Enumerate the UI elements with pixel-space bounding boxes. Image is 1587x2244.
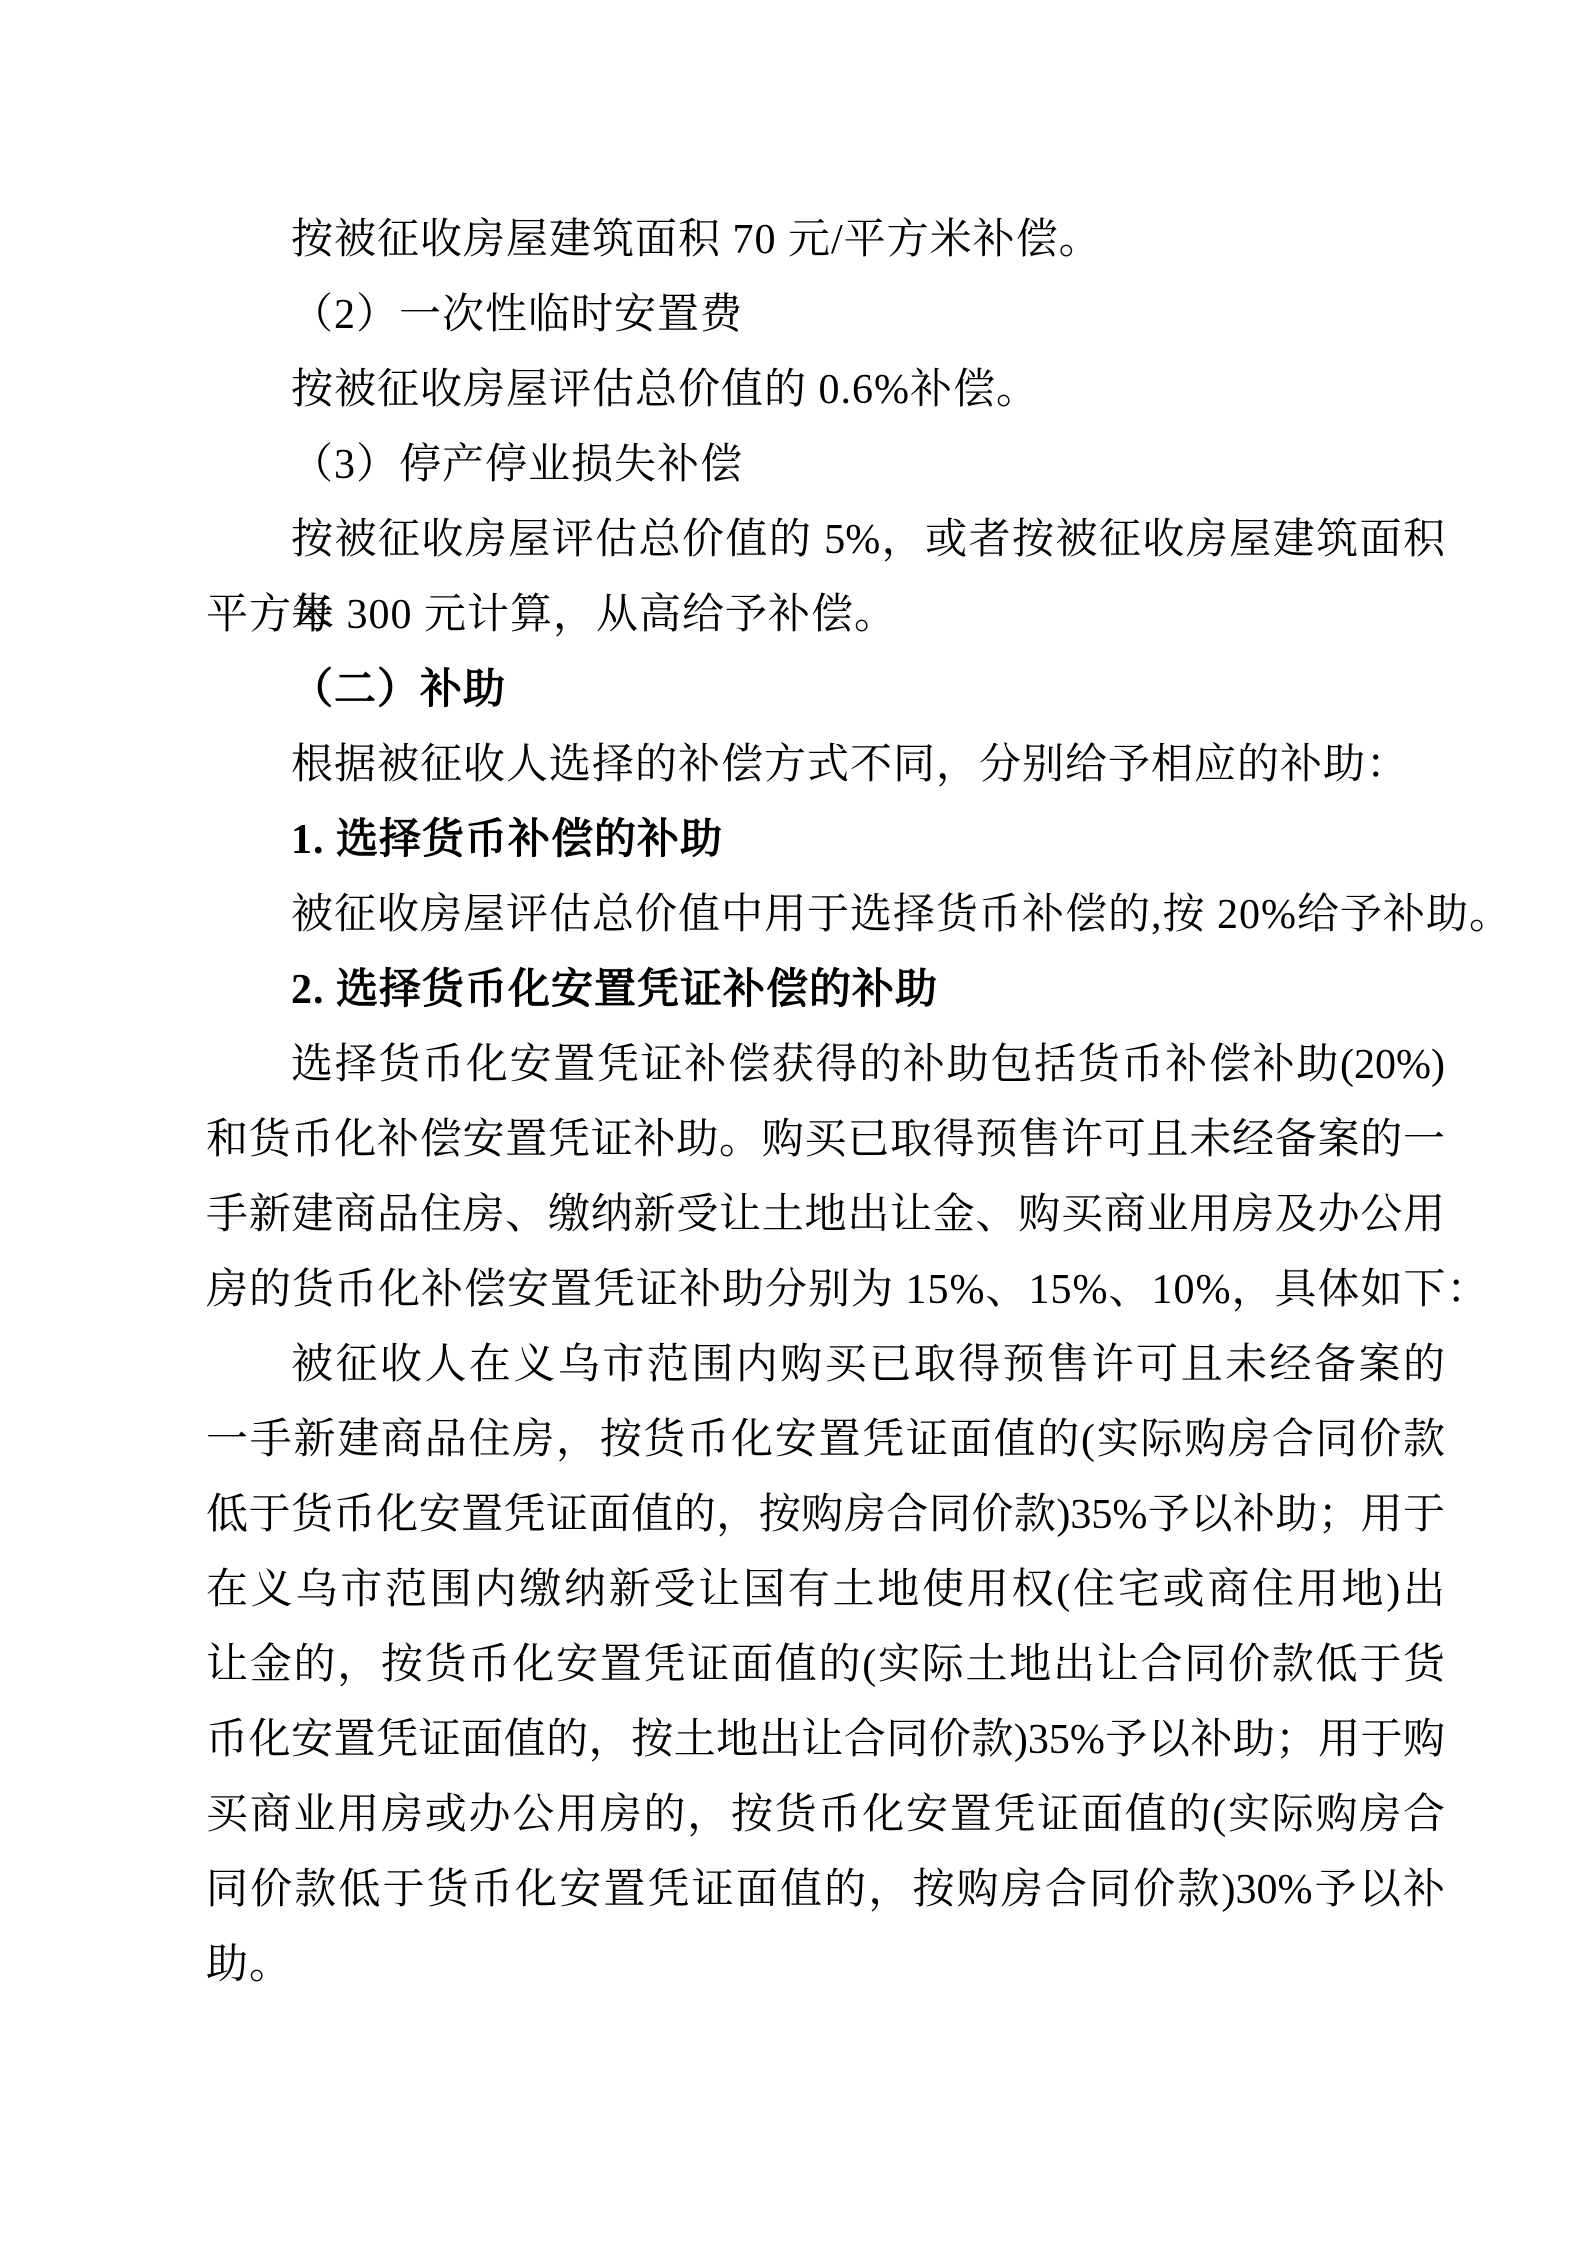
doc-line: 选择货币化安置凭证补偿获得的补助包括货币补偿补助(20%) [206,1028,1445,1103]
heading-monetary-compensation-subsidy: 1. 选择货币补偿的补助 [206,803,1445,878]
doc-line: 币化安置凭证面值的，按土地出让合同价款)35%予以补助；用于购 [206,1703,1445,1778]
doc-line: 同价款低于货币化安置凭证面值的，按购房合同价款)30%予以补 [206,1853,1445,1928]
doc-line: 被征收人在义乌市范围内购买已取得预售许可且未经备案的 [206,1328,1445,1403]
doc-line: 让金的，按货币化安置凭证面值的(实际土地出让合同价款低于货 [206,1628,1445,1703]
heading-subsidy-section: （二）补助 [206,653,1445,728]
doc-line-item-2-temporary-resettlement: （2）一次性临时安置费 [206,278,1445,353]
doc-line: 按被征收房屋评估总价值的 5%，或者按被征收房屋建筑面积每 [206,503,1445,578]
doc-line: 按被征收房屋评估总价值的 0.6%补偿。 [206,353,1445,428]
doc-line: 手新建商品住房、缴纳新受让土地出让金、购买商业用房及办公用 [206,1178,1445,1253]
doc-line: 买商业用房或办公用房的，按货币化安置凭证面值的(实际购房合 [206,1778,1445,1853]
doc-line: 在义乌市范围内缴纳新受让国有土地使用权(住宅或商住用地)出 [206,1553,1445,1628]
doc-line: 按被征收房屋建筑面积 70 元/平方米补偿。 [206,203,1445,278]
doc-line: 低于货币化安置凭证面值的，按购房合同价款)35%予以补助；用于 [206,1478,1445,1553]
doc-line: 房的货币化补偿安置凭证补助分别为 15%、15%、10%，具体如下： [206,1253,1445,1328]
doc-line: 平方米 300 元计算，从高给予补偿。 [206,578,1445,653]
doc-line: 一手新建商品住房，按货币化安置凭证面值的(实际购房合同价款 [206,1403,1445,1478]
doc-line: 和货币化补偿安置凭证补助。购买已取得预售许可且未经备案的一 [206,1103,1445,1178]
document-body: 按被征收房屋建筑面积 70 元/平方米补偿。 （2）一次性临时安置费 按被征收房… [206,203,1445,2003]
doc-line: 助。 [206,1928,1445,2003]
doc-line: 根据被征收人选择的补偿方式不同，分别给予相应的补助： [206,728,1445,803]
doc-line-item-3-business-loss: （3）停产停业损失补偿 [206,428,1445,503]
document-page: 按被征收房屋建筑面积 70 元/平方米补偿。 （2）一次性临时安置费 按被征收房… [0,0,1587,2244]
heading-voucher-compensation-subsidy: 2. 选择货币化安置凭证补偿的补助 [206,953,1445,1028]
doc-line: 被征收房屋评估总价值中用于选择货币补偿的,按 20%给予补助。 [206,878,1445,953]
